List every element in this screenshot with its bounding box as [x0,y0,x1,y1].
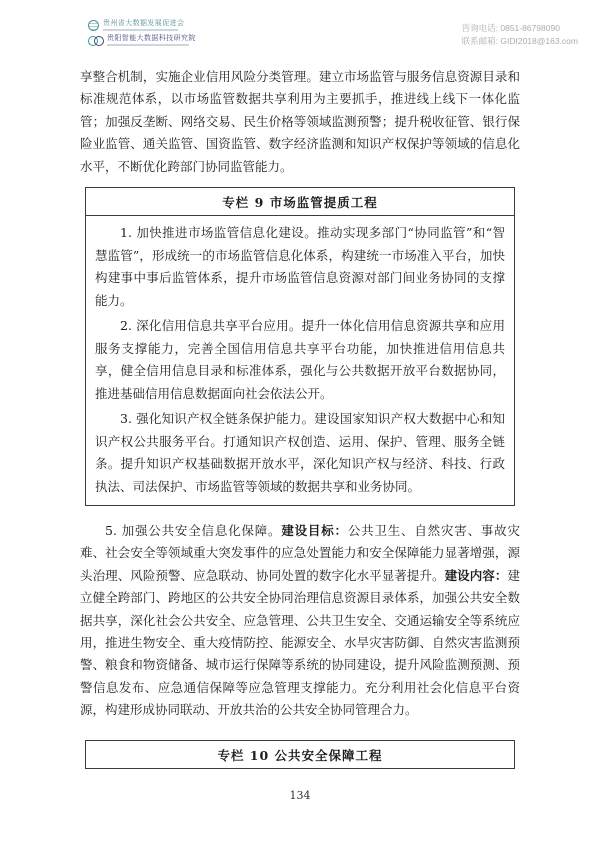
column-9-body: 1. 加快推进市场监管信息化建设。推动实现多部门“协同监管”和“智慧监管”，形成… [86,216,514,505]
document-body: 享整合机制，实施企业信用风险分类管理。建立市场监管与服务信息资源目录和标准规范体… [80,66,520,769]
association-logo-text: 贵州省大数据发展促进会 [103,20,184,28]
item-5-content-label: 建设内容： [445,568,508,583]
contact-email: 联系邮箱: GIDI2018@163.com [462,35,578,48]
item-5-goal-label: 建设目标： [281,523,348,538]
column-9-item-1: 1. 加快推进市场监管信息化建设。推动实现多部门“协同监管”和“智慧监管”，形成… [95,222,505,312]
interlocked-rings-icon [88,36,103,46]
paragraph-continuation: 享整合机制，实施企业信用风险分类管理。建立市场监管与服务信息资源目录和标准规范体… [80,66,520,178]
column-10-box: 专栏 10 公共安全保障工程 [85,740,515,769]
page-number: 134 [0,789,600,802]
association-logo: 贵州省大数据发展促进会 [88,20,196,31]
association-logo-subtext [103,29,178,31]
paragraph-item-5: 5. 加强公共安全信息化保障。建设目标：公共卫生、自然灾害、事故灾难、社会安全等… [80,520,520,722]
contact-info: 咨询电话: 0851-86798090 联系邮箱: GIDI2018@163.c… [462,22,578,48]
column-9-box: 专栏 9 市场监管提质工程 1. 加快推进市场监管信息化建设。推动实现多部门“协… [85,187,515,506]
institute-logo: 贵阳智能大数据科技研究院 [88,35,196,46]
item-5-content-text: 建立健全跨部门、跨地区的公共安全协同治理信息资源目录体系，加强公共安全数据共享，… [80,568,520,717]
item-5-lead: 5. 加强公共安全信息化保障。 [105,523,281,538]
institute-logo-subtext [107,44,189,46]
column-9-title: 专栏 9 市场监管提质工程 [86,188,514,216]
globe-icon [88,20,99,31]
logo-block: 贵州省大数据发展促进会 贵阳智能大数据科技研究院 [88,20,196,46]
column-9-item-2: 2. 深化信用信息共享平台应用。提升一体化信用信息资源共享和应用服务支撑能力，完… [95,315,505,405]
column-9-item-3: 3. 强化知识产权全链条保护能力。建设国家知识产权大数据中心和知识产权公共服务平… [95,408,505,498]
page-header: 贵州省大数据发展促进会 贵阳智能大数据科技研究院 咨询电话: 0851-8679… [88,20,578,48]
contact-phone: 咨询电话: 0851-86798090 [462,22,578,35]
institute-logo-text: 贵阳智能大数据科技研究院 [107,35,196,43]
column-10-title: 专栏 10 公共安全保障工程 [86,741,514,768]
